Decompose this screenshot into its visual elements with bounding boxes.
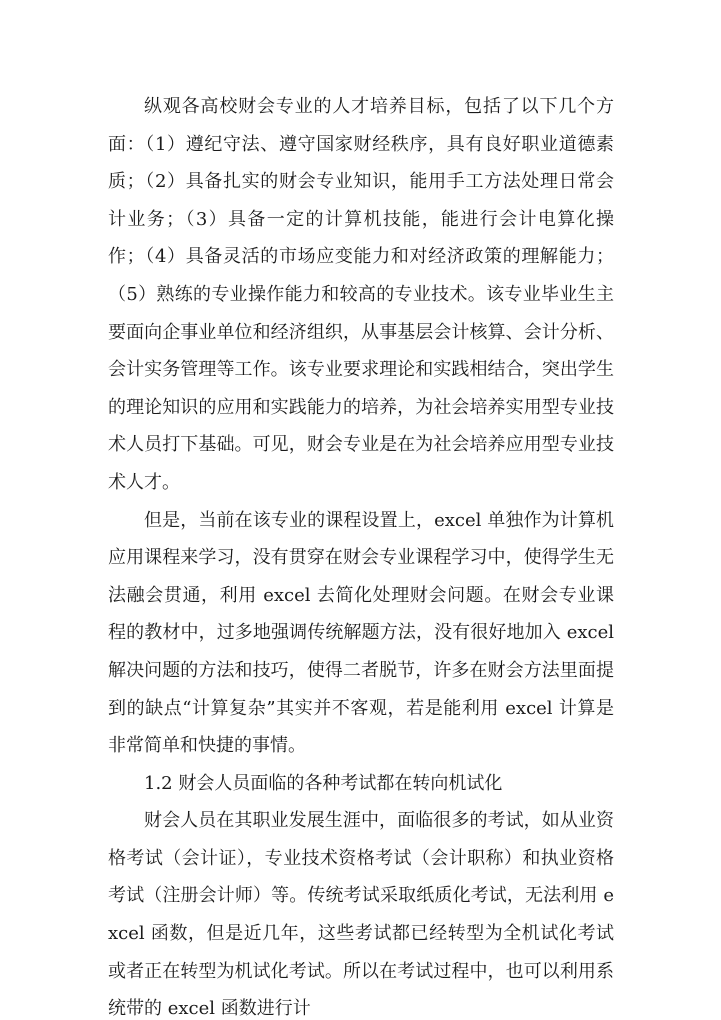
paragraph-exams-computerized: 财会人员在其职业发展生涯中，面临很多的考试，如从业资格考试（会计证），专业技术资… [108, 802, 614, 1020]
document-page: 纵观各高校财会专业的人才培养目标，包括了以下几个方面：（1）遵纪守法、遵守国家财… [0, 0, 721, 1020]
paragraph-training-goals: 纵观各高校财会专业的人才培养目标，包括了以下几个方面：（1）遵纪守法、遵守国家财… [108, 88, 614, 502]
paragraph-excel-curriculum: 但是，当前在该专业的课程设置上，excel 单独作为计算机应用课程来学习，没有贯… [108, 502, 614, 765]
page-number: 2 [0, 930, 721, 942]
section-heading-1-2: 1.2 财会人员面临的各种考试都在转向机试化 [108, 765, 614, 803]
document-body: 纵观各高校财会专业的人才培养目标，包括了以下几个方面：（1）遵纪守法、遵守国家财… [108, 88, 614, 1020]
